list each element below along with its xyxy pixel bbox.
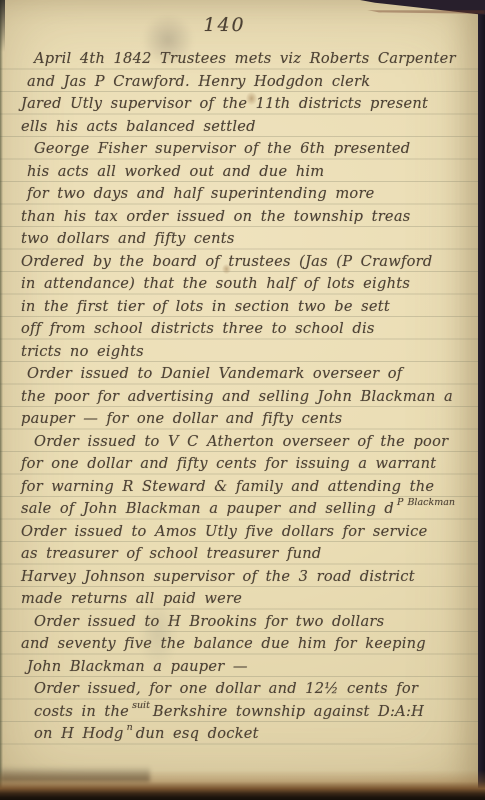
handwritten-line: pauper — for one dollar and fifty cents (21, 408, 465, 431)
line-text: for one dollar and fifty cents for issui… (21, 455, 436, 472)
line-text: Berkshire township against D:A:H (153, 703, 424, 720)
line-text: Order issued, for one dollar and 12½ cen… (34, 680, 418, 697)
line-text: for warning R Steward & family and atten… (21, 478, 434, 495)
handwritten-line: as treasurer of school treasurer fund (21, 543, 465, 566)
handwritten-line: his acts all worked out and due him (21, 161, 465, 184)
line-text: ells his acts balanced settled (21, 118, 256, 135)
line-text: Ordered by the board of trustees (Jas (P… (21, 253, 433, 270)
handwritten-line: tricts no eights (21, 341, 465, 364)
handwritten-line: for two days and half superintending mor… (21, 183, 465, 206)
line-text: Order issued to Daniel Vandemark oversee… (27, 365, 402, 382)
line-text: Order issued to V C Atherton overseer of… (34, 433, 448, 450)
handwritten-line: the poor for advertising and selling Joh… (21, 386, 465, 409)
handwritten-line: on H Hodgndun esq docket (21, 723, 465, 746)
line-text: in attendance) that the south half of lo… (21, 275, 410, 292)
handwritten-line: than his tax order issued on the townshi… (21, 206, 465, 229)
page-number: 140 (0, 14, 449, 36)
handwritten-line: two dollars and fifty cents (21, 228, 465, 251)
line-text: in the first tier of lots in section two… (21, 298, 390, 315)
line-text: sale of John Blackman a pauper and selli… (21, 500, 394, 517)
line-text: and Jas P Crawford. Henry Hodgdon clerk (27, 73, 370, 90)
line-text: Jared Utly supervisor of the 11th distri… (21, 95, 428, 112)
line-text: Harvey Johnson supervisor of the 3 road … (21, 568, 415, 585)
page-edge-top-left (0, 0, 5, 52)
book-edge-right (478, 0, 485, 800)
handwritten-line: Order issued to V C Atherton overseer of… (21, 431, 465, 454)
line-text: Order issued to Amos Utly five dollars f… (21, 523, 427, 540)
line-text: April 4th 1842 Trustees mets viz Roberts… (34, 50, 456, 67)
line-text: costs in the (34, 703, 129, 720)
handwritten-line: Order issued to Daniel Vandemark oversee… (21, 363, 465, 386)
line-text: than his tax order issued on the townshi… (21, 208, 411, 225)
handwritten-line: Order issued to H Brookins for two dolla… (21, 611, 465, 634)
handwritten-line: Ordered by the board of trustees (Jas (P… (21, 251, 465, 274)
line-text: John Blackman a pauper — (27, 658, 248, 675)
inserted-correction: n (127, 717, 133, 740)
line-text: his acts all worked out and due him (27, 163, 324, 180)
line-text: and seventy five the balance due him for… (21, 635, 426, 652)
handwritten-line: and seventy five the balance due him for… (21, 633, 465, 656)
line-text: off from school districts three to schoo… (21, 320, 375, 337)
handwritten-line: George Fisher supervisor of the 6th pres… (21, 138, 465, 161)
handwritten-line: Order issued to Amos Utly five dollars f… (21, 521, 465, 544)
handwritten-line: off from school districts three to schoo… (21, 318, 465, 341)
line-text: pauper — for one dollar and fifty cents (21, 410, 342, 427)
book-binding-bottom (0, 770, 485, 800)
page-edge-left (0, 0, 3, 800)
ledger-page: 140 April 4th 1842 Trustees mets viz Rob… (0, 0, 479, 792)
line-text: two dollars and fifty cents (21, 230, 235, 247)
handwritten-line: John Blackman a pauper — (21, 656, 465, 679)
handwriting-block: April 4th 1842 Trustees mets viz Roberts… (21, 48, 465, 746)
line-text: for two days and half superintending mor… (27, 185, 375, 202)
handwritten-line: Order issued, for one dollar and 12½ cen… (21, 678, 465, 701)
handwritten-line: in attendance) that the south half of lo… (21, 273, 465, 296)
handwritten-line: sale of John Blackman a pauper and selli… (21, 498, 465, 521)
line-text: dun esq docket (136, 725, 259, 742)
handwritten-line: and Jas P Crawford. Henry Hodgdon clerk (21, 71, 465, 94)
handwritten-line: made returns all paid were (21, 588, 465, 611)
line-text: on H Hodg (34, 725, 124, 742)
line-text: made returns all paid were (21, 590, 242, 607)
inserted-correction: P Blackman (397, 492, 455, 515)
handwritten-line: costs in thesuitBerkshire township again… (21, 701, 465, 724)
line-text: Order issued to H Brookins for two dolla… (34, 613, 384, 630)
handwritten-line: ells his acts balanced settled (21, 116, 465, 139)
line-text: the poor for advertising and selling Joh… (21, 388, 453, 405)
handwritten-line: in the first tier of lots in section two… (21, 296, 465, 319)
photo-frame: 140 April 4th 1842 Trustees mets viz Rob… (0, 0, 485, 800)
inserted-correction: suit (132, 695, 150, 718)
line-text: as treasurer of school treasurer fund (21, 545, 321, 562)
handwritten-line: Jared Utly supervisor of the 11th distri… (21, 93, 465, 116)
handwritten-line: Harvey Johnson supervisor of the 3 road … (21, 566, 465, 589)
handwritten-line: for one dollar and fifty cents for issui… (21, 453, 465, 476)
line-text: tricts no eights (21, 343, 144, 360)
line-text: George Fisher supervisor of the 6th pres… (34, 140, 410, 157)
handwritten-line: April 4th 1842 Trustees mets viz Roberts… (21, 48, 465, 71)
